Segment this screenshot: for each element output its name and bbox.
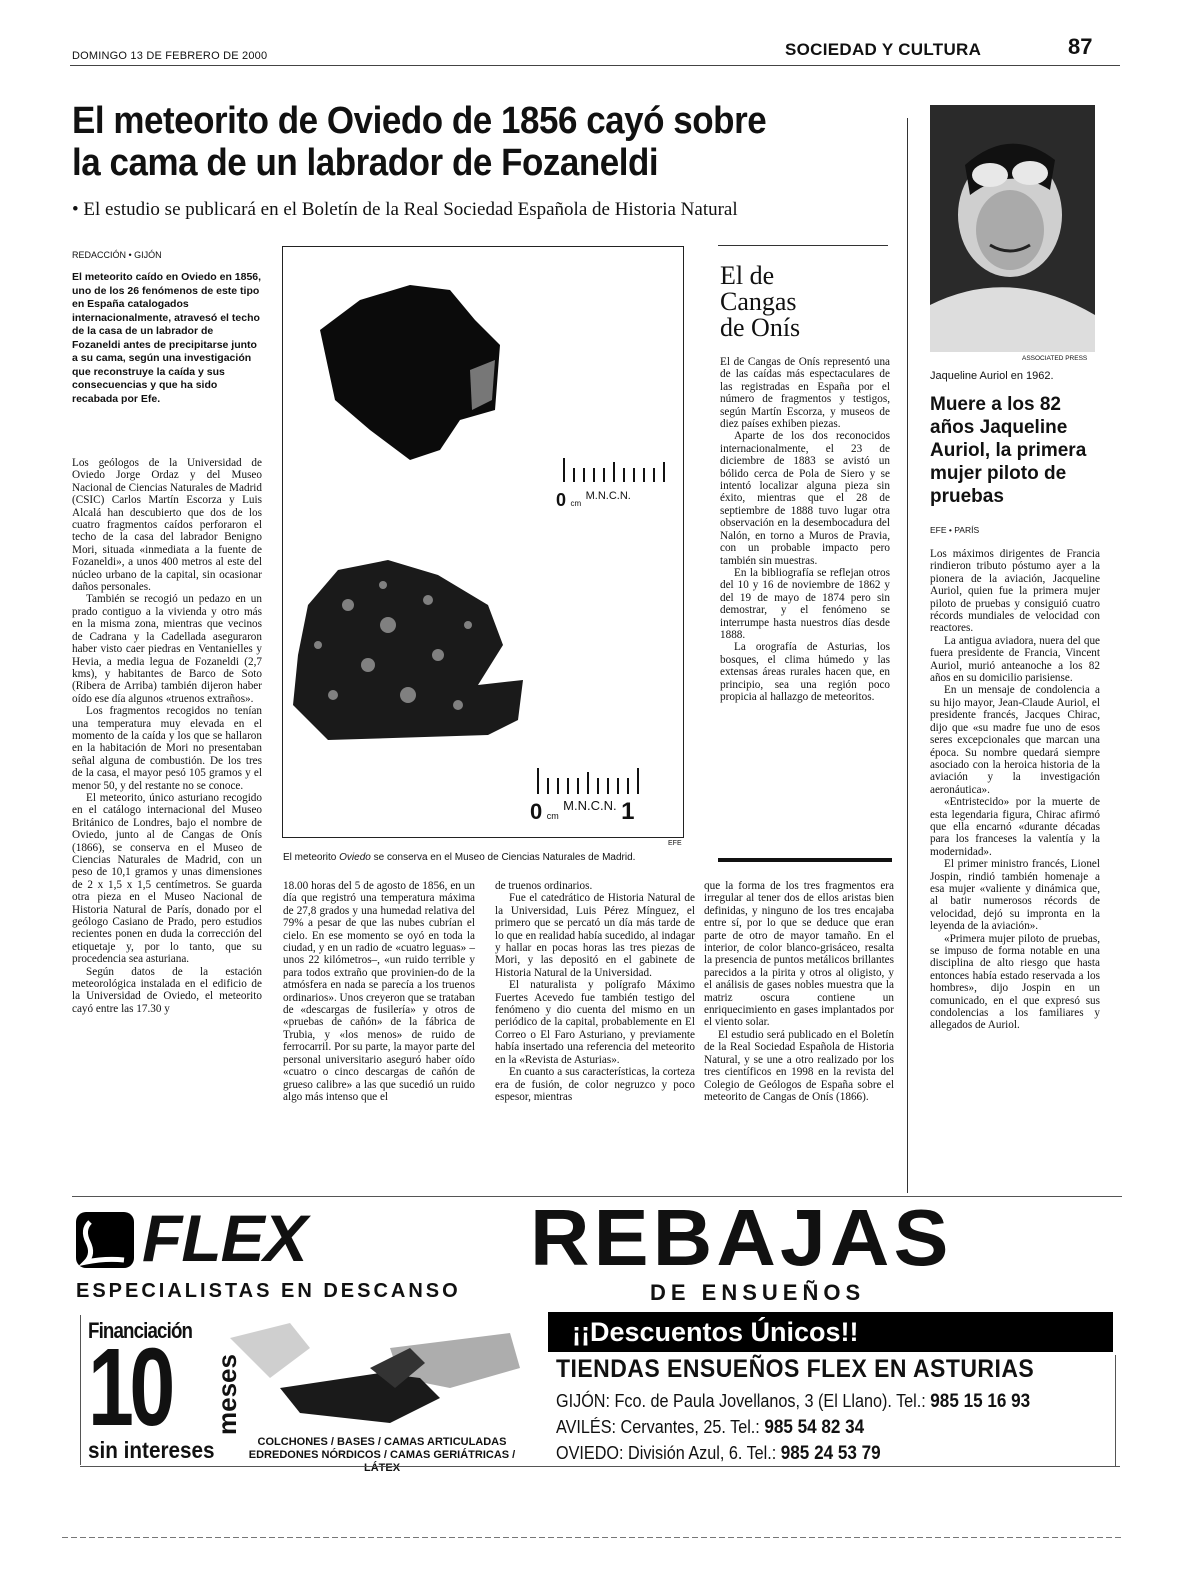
meteorite-fragment-image-bottom [288,545,528,745]
swan-logo-icon [76,1210,136,1270]
auriol-photo [930,105,1095,352]
column-divider [907,118,908,1193]
ad-headline: REBAJAS [530,1198,953,1278]
paragraph: En la bibliografía se reflejan otros del… [720,567,890,641]
paragraph: También se recogió un pedazo en un prado… [72,593,262,705]
paragraph: El estudio será publicado en el Boletín … [704,1029,894,1103]
article-column-1: Los geólogos de la Universidad de Oviedo… [72,457,262,1015]
photo-credit: EFE [668,840,682,847]
paragraph: El naturalista y polígrafo Máximo Fuerte… [495,979,695,1066]
photo-caption: El meteorito Oviedo se conserva en el Mu… [283,852,635,863]
meteorite-fragment-image-top [300,270,500,465]
pilot-portrait-image [930,105,1095,352]
scale-zero: 0 [556,490,566,510]
ad-right-border [1115,1355,1116,1467]
paragraph: El meteorito, único asturiano recogido e… [72,792,262,966]
page-number: 87 [1068,34,1092,60]
paragraph: En cuanto a sus características, la cort… [495,1066,695,1103]
flex-brand-logo: FLEX [142,1205,307,1271]
store-city: GIJÓN: [556,1391,610,1411]
issue-date: DOMINGO 13 DE FEBRERO DE 2000 [72,50,267,62]
lead-paragraph: El meteorito caído en Oviedo en 1856, un… [72,271,262,406]
auriol-headline: Muere a los 82 años Jaqueline Auriol, la… [930,393,1105,508]
header-rule [70,65,1120,66]
financing-subtitle: sin intereses [88,1437,215,1464]
sidebar-title-line: de Onís [720,315,800,341]
paragraph: 18.00 horas del 5 de agosto de 1856, en … [283,880,475,1103]
paragraph: Los máximos dirigentes de Francia rindie… [930,548,1100,635]
paragraph: Los fragmentos recogidos no tenían una t… [72,705,262,792]
sidebar-top-rule [718,245,888,246]
article-column-4: que la forma de los tres fragmentos era … [704,880,894,1103]
photo-caption: Jaqueline Auriol en 1962. [930,370,1054,382]
paragraph: «Entristecido» por la muerte de esta leg… [930,796,1100,858]
paragraph: La antigua aviadora, nuera del que fuera… [930,635,1100,685]
store-address: Fco. de Paula Jovellanos, 3 (El Llano). … [610,1391,930,1411]
store-phone: 985 24 53 79 [781,1443,881,1464]
product-list-line: COLCHONES / BASES / CAMAS ARTICULADAS [232,1436,532,1449]
store-gijon: GIJÓN: Fco. de Paula Jovellanos, 3 (El L… [556,1391,1030,1413]
scale-unit: cm [570,499,581,508]
caption-italic: Oviedo [339,852,371,863]
paragraph: El de Cangas de Onís representó una de l… [720,356,890,430]
store-address: División Azul, 6. Tel.: [624,1443,781,1463]
auriol-body: Los máximos dirigentes de Francia rindie… [930,548,1100,1032]
headline-line-1: El meteorito de Oviedo de 1856 cayó sobr… [72,100,836,142]
paragraph: En un mensaje de condolencia a su hijo m… [930,684,1100,796]
scale-zero: 0 [530,799,542,824]
sidebar-title: El de Cangas de Onís [720,263,800,341]
product-list: COLCHONES / BASES / CAMAS ARTICULADAS ED… [232,1436,532,1475]
subheadline: • El estudio se publicará en el Boletín … [72,199,738,221]
byline: EFE • PARÍS [930,525,979,535]
scale-bar-top [563,458,665,482]
ad-banner: ¡¡Descuentos Únicos!! [548,1312,1113,1352]
paragraph: de truenos ordinarios. [495,880,695,892]
sidebar-title-line: El de [720,263,800,289]
paragraph: Según datos de la estación meteorológica… [72,966,262,1016]
caption-text: El meteorito [283,852,339,863]
sidebar-body: El de Cangas de Onís representó una de l… [720,356,890,703]
scale-museum: M.N.C.N. [563,798,616,813]
ad-headline-sub: DE ENSUEÑOS [650,1280,865,1306]
ad-tagline: ESPECIALISTAS EN DESCANSO [76,1280,461,1303]
paragraph: que la forma de los tres fragmentos era … [704,880,894,1029]
paragraph: Fue el catedrático de Historia Natural d… [495,892,695,979]
article-column-2: 18.00 horas del 5 de agosto de 1856, en … [283,880,475,1103]
store-address: Cervantes, 25. Tel.: [616,1417,764,1437]
scale-label-bottom: 0 cm M.N.C.N. 1 [530,798,634,826]
sidebar-bottom-rule [718,858,892,862]
paragraph: Los geólogos de la Universidad de Oviedo… [72,457,262,593]
store-city: AVILÉS: [556,1417,616,1437]
scale-label-top: 0 cm M.N.C.N. [556,490,631,511]
photo-credit: ASSOCIATED PRESS [1022,355,1087,362]
product-list-line: EDREDONES NÓRDICOS / CAMAS GERIÁTRICAS /… [232,1449,532,1475]
section-name: SOCIEDAD Y CULTURA [785,40,981,60]
store-phone: 985 15 16 93 [930,1391,1030,1412]
store-aviles: AVILÉS: Cervantes, 25. Tel.: 985 54 82 3… [556,1417,864,1439]
stores-title: TIENDAS ENSUEÑOS FLEX EN ASTURIAS [556,1355,1034,1384]
page-bottom-rule [62,1537,1122,1538]
article-column-3: de truenos ordinarios. Fue el catedrátic… [495,880,695,1103]
beds-product-image [220,1318,530,1428]
scale-one: 1 [621,798,634,825]
paragraph: Aparte de los dos reconocidos internacio… [720,430,890,566]
main-headline: El meteorito de Oviedo de 1856 cayó sobr… [72,100,836,184]
headline-line-2: la cama de un labrador de Fozaneldi [72,142,836,184]
ad-left-border [80,1315,81,1465]
financing-months-number: 10 [88,1338,171,1438]
ad-bottom-rule [80,1466,1120,1467]
caption-text: se conserva en el Museo de Ciencias Natu… [371,852,636,863]
paragraph: La orografía de Asturias, los bosques, e… [720,641,890,703]
store-city: OVIEDO: [556,1443,624,1463]
scale-bar-bottom [537,768,639,794]
store-oviedo: OVIEDO: División Azul, 6. Tel.: 985 24 5… [556,1443,881,1465]
paragraph: El primer ministro francés, Lionel Jospi… [930,858,1100,932]
byline: REDACCIÓN • GIJÓN [72,250,162,260]
paragraph: «Primera mujer piloto de pruebas, se imp… [930,933,1100,1032]
scale-museum: M.N.C.N. [586,490,631,502]
sidebar-title-line: Cangas [720,289,800,315]
store-phone: 985 54 82 34 [764,1417,864,1438]
scale-unit: cm [547,811,559,821]
